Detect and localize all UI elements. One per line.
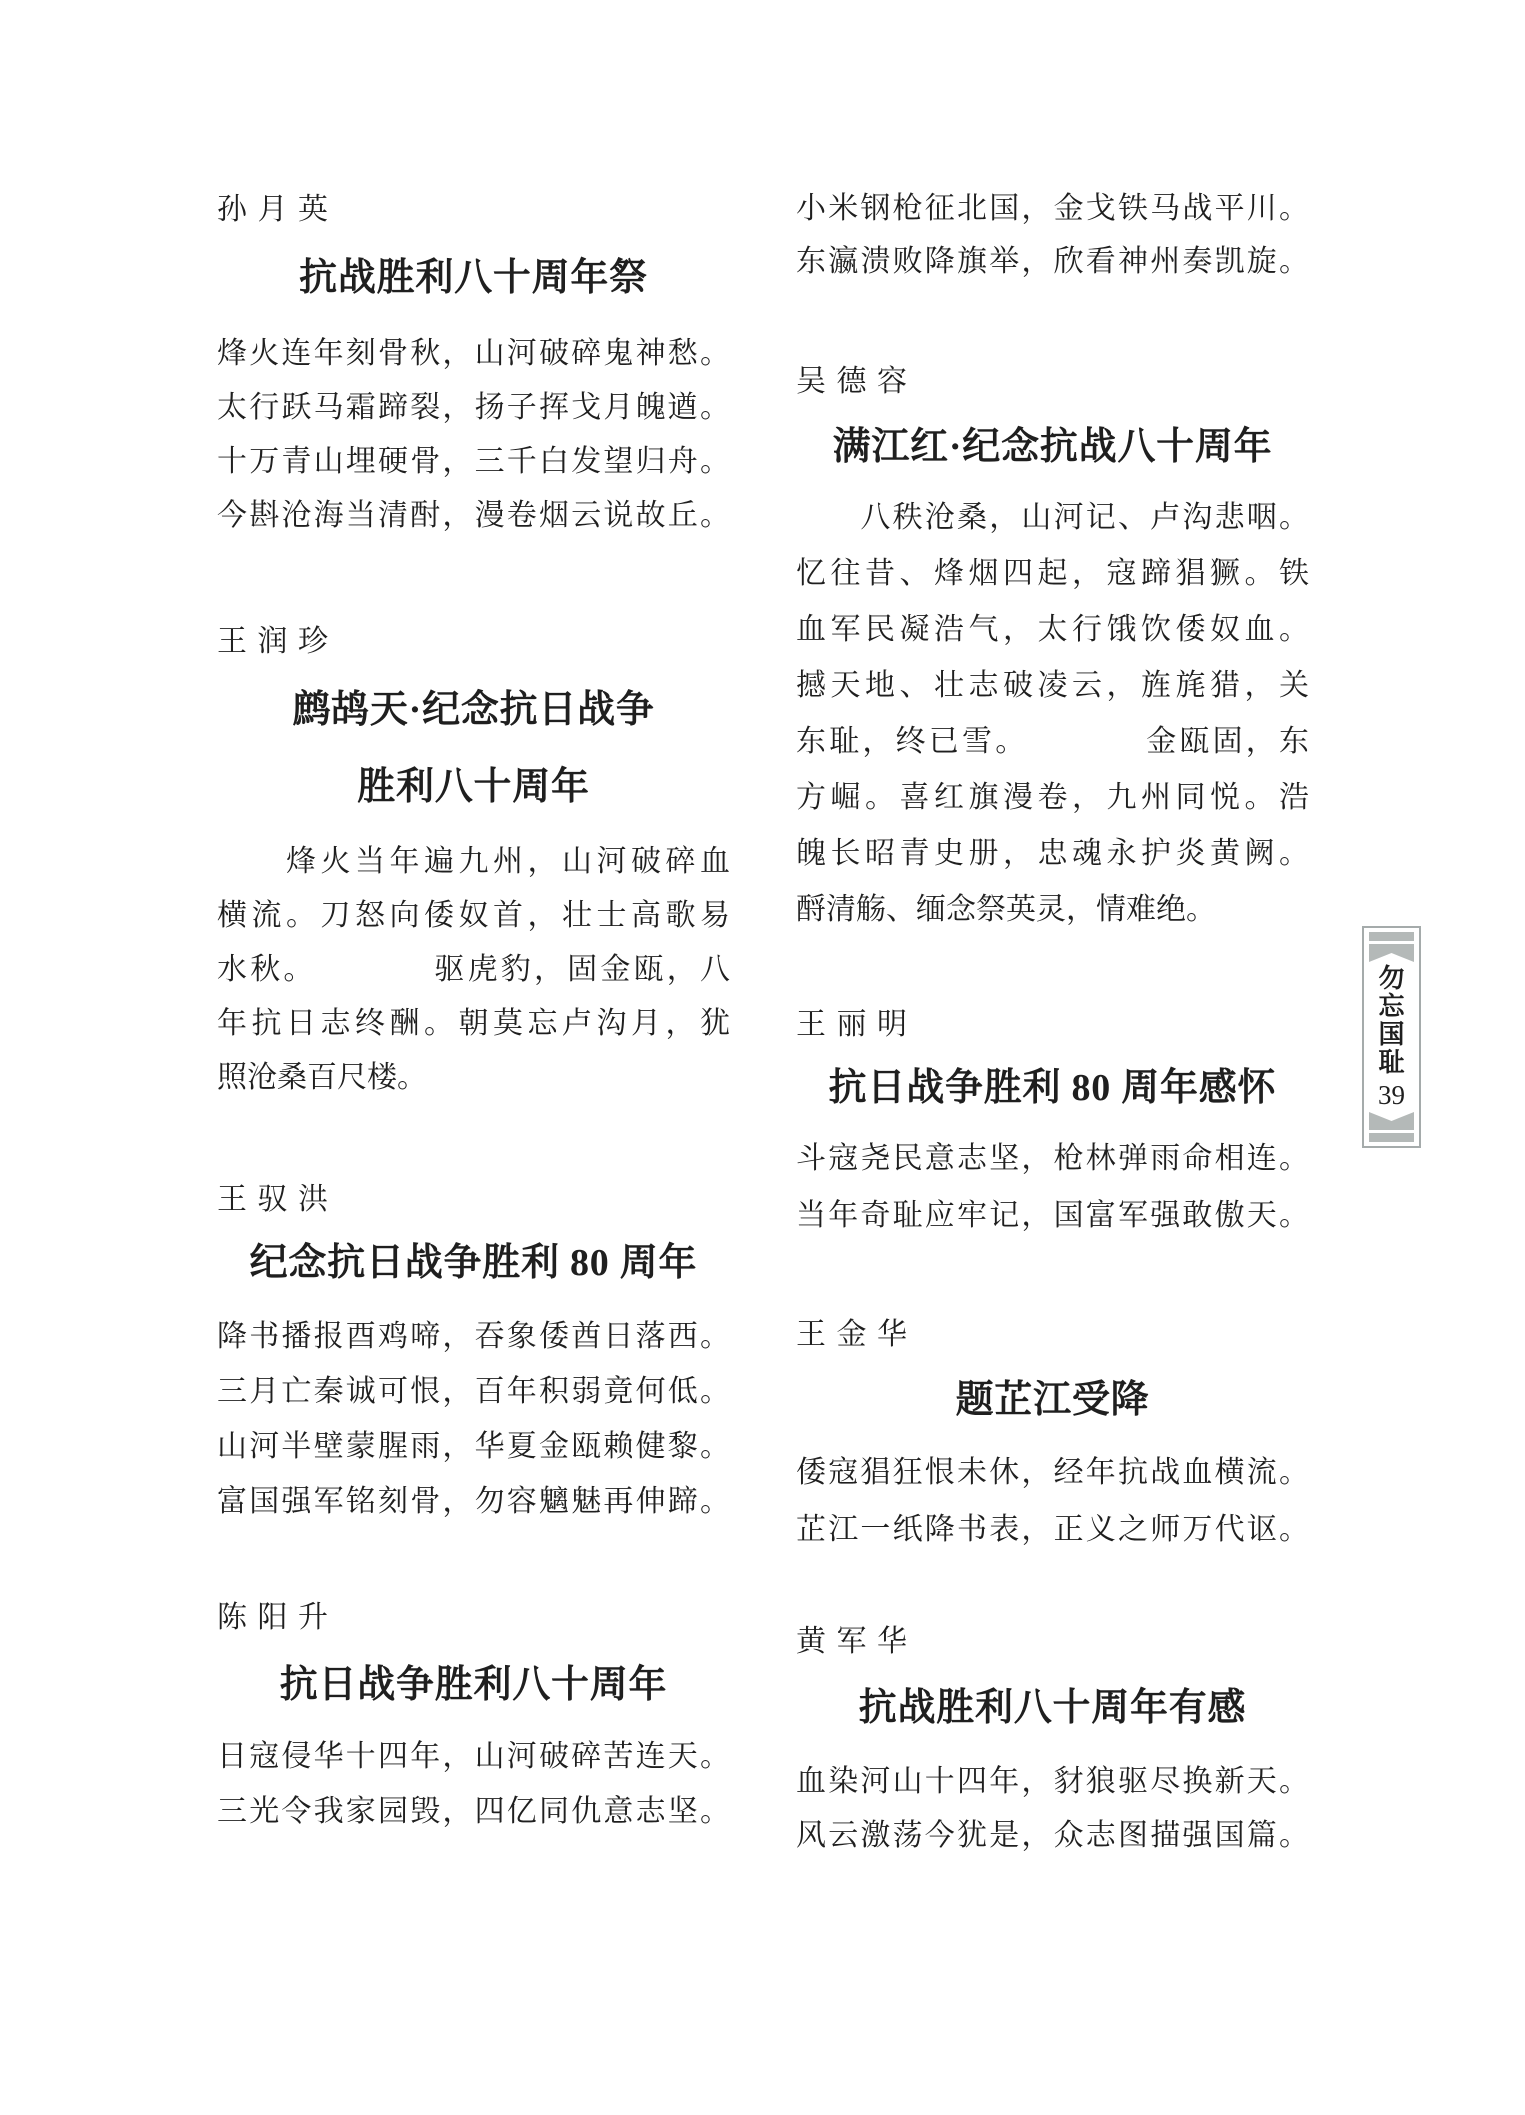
poem-line: 血军民凝浩气，太行饿饮倭奴血。 [796, 602, 1309, 658]
poem-line: 东瀛溃败降旗举，欣看神州奏凯旋。 [796, 235, 1309, 288]
tab-label-char: 忘 [1378, 993, 1404, 1021]
poem-line: 今斟沧海当清酎，漫卷烟云说故丘。 [217, 489, 730, 543]
poem-line: 忆往昔、烽烟四起，寇蹄猖獗。铁 [796, 546, 1309, 602]
poem-line: 撼天地、壮志破凌云，旌旄猎，关 [796, 658, 1309, 714]
poem-line: 芷江一纸降书表，正义之师万代讴。 [796, 1501, 1309, 1558]
poem-body: 烽火当年遍九州，山河破碎血 横流。刀怒向倭奴首，壮士高歌易 水秋。 驱虎豹，固金… [217, 835, 730, 1105]
poem-line: 酹清觞、缅念祭英灵，情难绝。 [796, 882, 1309, 938]
book-page: 孙月英 抗战胜利八十周年祭 烽火连年刻骨秋，山河破碎鬼神愁。 太行跃马霜蹄裂，扬… [0, 0, 1525, 2115]
poem-title: 抗日战争胜利八十周年 [217, 1662, 730, 1708]
poem-body: 血染河山十四年，豺狼驱尽换新天。 风云激荡今犹是，众志图描强国篇。 [796, 1755, 1309, 1863]
poem-line: 山河半壁蒙腥雨，华夏金瓯赖健黎。 [217, 1419, 730, 1474]
poem-line: 降书播报酉鸡啼，吞象倭酋日落西。 [217, 1309, 730, 1364]
poem-title: 抗日战争胜利 80 周年感怀 [796, 1065, 1309, 1111]
author-name: 孙月英 [217, 193, 339, 227]
poem-title: 抗战胜利八十周年祭 [217, 255, 730, 301]
tab-bottom-banner-icon [1369, 1112, 1414, 1130]
author-name: 王金华 [796, 1318, 918, 1352]
author-name: 吴德容 [796, 365, 918, 399]
tab-top-banner-icon [1369, 944, 1414, 962]
poem-body: 降书播报酉鸡啼，吞象倭酋日落西。 三月亡秦诚可恨，百年积弱竟何低。 山河半壁蒙腥… [217, 1309, 730, 1529]
poem-title: 满江红·纪念抗战八十周年 [796, 424, 1309, 470]
author-name: 王润珍 [217, 625, 339, 659]
poem-line: 风云激荡今犹是，众志图描强国篇。 [796, 1809, 1309, 1863]
poem-line: 水秋。 驱虎豹，固金瓯，八 [217, 943, 730, 997]
poem-line: 三光令我家园毁，四亿同仇意志坚。 [217, 1784, 730, 1839]
poem-line: 日寇侵华十四年，山河破碎苦连天。 [217, 1729, 730, 1784]
poem-title: 题芷江受降 [796, 1377, 1309, 1423]
poem-line: 方崛。喜红旗漫卷，九州同悦。浩 [796, 770, 1309, 826]
author-name: 黄军华 [796, 1625, 918, 1659]
poem-body: 八秩沧桑，山河记、卢沟悲咽。 忆往昔、烽烟四起，寇蹄猖獗。铁 血军民凝浩气，太行… [796, 490, 1309, 938]
poem-body: 日寇侵华十四年，山河破碎苦连天。 三光令我家园毁，四亿同仇意志坚。 [217, 1729, 730, 1839]
tab-label-char: 耻 [1378, 1049, 1404, 1077]
tab-top-band [1369, 932, 1414, 941]
poem-line: 烽火当年遍九州，山河破碎血 [217, 835, 730, 889]
tab-label-char: 勿 [1378, 965, 1404, 993]
tab-label: 勿 忘 国 耻 39 [1369, 962, 1414, 1112]
poem-title: 纪念抗日战争胜利 80 周年 [217, 1240, 730, 1286]
poem-line: 十万青山埋硬骨，三千白发望归舟。 [217, 435, 730, 489]
poem-body: 倭寇猖狂恨未休，经年抗战血横流。 芷江一纸降书表，正义之师万代讴。 [796, 1444, 1309, 1558]
poem-line: 斗寇尧民意志坚，枪林弹雨命相连。 [796, 1130, 1309, 1187]
tab-label-char: 国 [1378, 1021, 1404, 1049]
poem-title: 胜利八十周年 [217, 764, 730, 810]
poem-line: 年抗日志终酬。朝莫忘卢沟月，犹 [217, 997, 730, 1051]
right-column: 小米钢枪征北国，金戈铁马战平川。 东瀛溃败降旗举，欣看神州奏凯旋。 吴德容 满江… [796, 0, 1309, 2115]
poem-continuation: 小米钢枪征北国，金戈铁马战平川。 东瀛溃败降旗举，欣看神州奏凯旋。 [796, 182, 1309, 288]
poem-line: 三月亡秦诚可恨，百年积弱竟何低。 [217, 1364, 730, 1419]
poem-line: 小米钢枪征北国，金戈铁马战平川。 [796, 182, 1309, 235]
poem-line: 魄长昭青史册，忠魂永护炎黄阙。 [796, 826, 1309, 882]
poem-line: 八秩沧桑，山河记、卢沟悲咽。 [796, 490, 1309, 546]
poem-line: 当年奇耻应牢记，国富军强敢傲天。 [796, 1187, 1309, 1244]
author-name: 王丽明 [796, 1008, 918, 1042]
poem-title: 抗战胜利八十周年有感 [796, 1685, 1309, 1731]
poem-body: 斗寇尧民意志坚，枪林弹雨命相连。 当年奇耻应牢记，国富军强敢傲天。 [796, 1130, 1309, 1244]
poem-line: 照沧桑百尺楼。 [217, 1051, 730, 1105]
author-name: 王驭洪 [217, 1183, 339, 1217]
poem-line: 东耻，终已雪。 金瓯固，东 [796, 714, 1309, 770]
author-name: 陈阳升 [217, 1601, 339, 1635]
margin-bookmark-tab: 勿 忘 国 耻 39 [1362, 926, 1421, 1148]
tab-bottom-band [1369, 1133, 1414, 1142]
poem-line: 血染河山十四年，豺狼驱尽换新天。 [796, 1755, 1309, 1809]
poem-line: 横流。刀怒向倭奴首，壮士高歌易 [217, 889, 730, 943]
poem-line: 太行跃马霜蹄裂，扬子挥戈月魄遒。 [217, 381, 730, 435]
poem-body: 烽火连年刻骨秋，山河破碎鬼神愁。 太行跃马霜蹄裂，扬子挥戈月魄遒。 十万青山埋硬… [217, 327, 730, 543]
poem-title: 鹧鸪天·纪念抗日战争 [217, 687, 730, 733]
page-number: 39 [1378, 1080, 1405, 1110]
left-column: 孙月英 抗战胜利八十周年祭 烽火连年刻骨秋，山河破碎鬼神愁。 太行跃马霜蹄裂，扬… [217, 0, 730, 2115]
poem-line: 倭寇猖狂恨未休，经年抗战血横流。 [796, 1444, 1309, 1501]
poem-line: 富国强军铭刻骨，勿容魑魅再伸蹄。 [217, 1474, 730, 1529]
poem-line: 烽火连年刻骨秋，山河破碎鬼神愁。 [217, 327, 730, 381]
